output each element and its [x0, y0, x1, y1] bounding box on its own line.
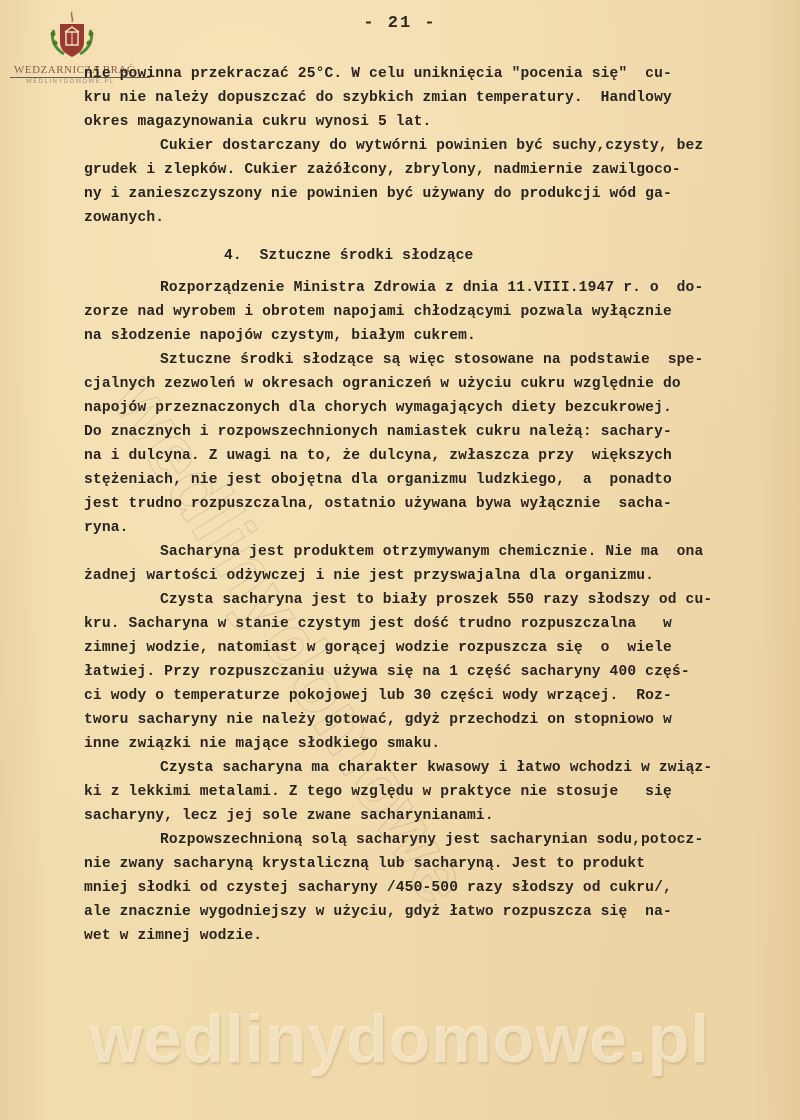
text-line: kru. Sacharyna w stanie czystym jest doś…: [84, 612, 744, 636]
text-line: jest trudno rozpuszczalna, ostatnio używ…: [84, 492, 744, 516]
text-line: ci wody o temperaturze pokojowej lub 30 …: [84, 684, 744, 708]
page-number: - 21 -: [0, 14, 800, 33]
text-line: Czysta sacharyna jest to biały proszek 5…: [84, 588, 744, 612]
text-line: na i dulcyna. Z uwagi na to, że dulcyna,…: [84, 444, 744, 468]
text-line: Sztuczne środki słodzące są więc stosowa…: [84, 348, 744, 372]
text-line: sacharyny, lecz jej sole zwane sacharyni…: [84, 804, 744, 828]
text-line: żadnej wartości odżywczej i nie jest prz…: [84, 564, 744, 588]
text-line: Cukier dostarczany do wytwórni powinien …: [84, 134, 744, 158]
text-line: Do znacznych i rozpowszechnionych namias…: [84, 420, 744, 444]
text-line: nie zwany sacharyną krystaliczną lub sac…: [84, 852, 744, 876]
text-line: ny i zanieszczyszony nie powinien być uż…: [84, 182, 744, 206]
text-line: Sacharyna jest produktem otrzymywanym ch…: [84, 540, 744, 564]
text-line: Rozpowszechnioną solą sacharyny jest sac…: [84, 828, 744, 852]
bottom-watermark: wedlinydomowe.pl: [0, 1000, 800, 1078]
section-heading: 4. Sztuczne środki słodzące: [84, 244, 744, 268]
text-line: ki z lekkimi metalami. Z tego względu w …: [84, 780, 744, 804]
text-line: stężeniach, nie jest obojętna dla organi…: [84, 468, 744, 492]
text-line: na słodzenie napojów czystym, białym cuk…: [84, 324, 744, 348]
typewritten-body: nie powinna przekraczać 25°C. W celu uni…: [84, 62, 744, 948]
text-line: wet w zimnej wodzie.: [84, 924, 744, 948]
text-line: cjalnych zezwoleń w okresach ograniczeń …: [84, 372, 744, 396]
text-line: tworu sacharyny nie należy gotować, gdyż…: [84, 708, 744, 732]
text-line: okres magazynowania cukru wynosi 5 lat.: [84, 110, 744, 134]
text-line: Czysta sacharyna ma charakter kwasowy i …: [84, 756, 744, 780]
text-line: kru nie należy dopuszczać do szybkich zm…: [84, 86, 744, 110]
text-line: zowanych.: [84, 206, 744, 230]
text-line: łatwiej. Przy rozpuszczaniu używa się na…: [84, 660, 744, 684]
text-line: Rozporządzenie Ministra Zdrowia z dnia 1…: [84, 276, 744, 300]
text-line: nie powinna przekraczać 25°C. W celu uni…: [84, 62, 744, 86]
text-line: zorze nad wyrobem i obrotem napojami chł…: [84, 300, 744, 324]
text-line: inne związki nie mające słodkiego smaku.: [84, 732, 744, 756]
text-line: zimnej wodzie, natomiast w gorącej wodzi…: [84, 636, 744, 660]
text-line: grudek i zlepków. Cukier zażółcony, zbry…: [84, 158, 744, 182]
text-line: napojów przeznaczonych dla chorych wymag…: [84, 396, 744, 420]
text-line: ryna.: [84, 516, 744, 540]
document-page: WEDZARNICZA BRAĆ WEDLINYDOMOWE.PL - 21 -…: [0, 0, 800, 1120]
text-line: ale znacznie wygodniejszy w użyciu, gdyż…: [84, 900, 744, 924]
text-line: mniej słodki od czystej sacharyny /450-5…: [84, 876, 744, 900]
